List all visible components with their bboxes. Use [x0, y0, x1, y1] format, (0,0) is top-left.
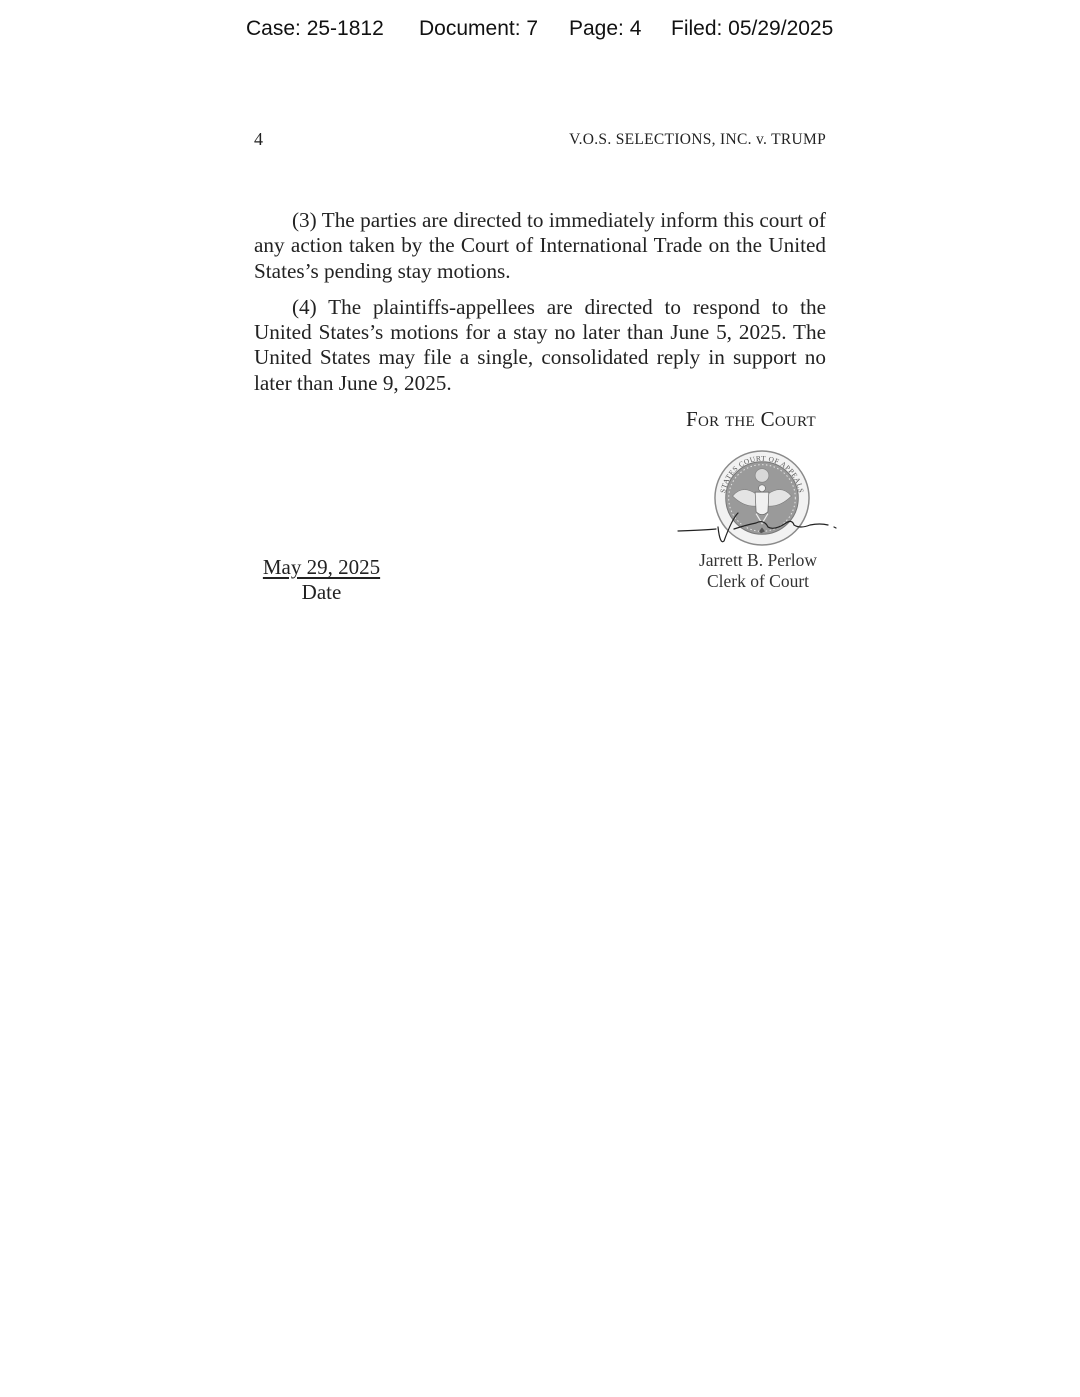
- page-number: 4: [254, 129, 263, 150]
- document-number: Document: 7: [419, 17, 538, 41]
- clerk-name: Jarrett B. Perlow: [678, 550, 838, 571]
- order-body: (3) The parties are directed to immediat…: [254, 208, 826, 407]
- clerk-block: Jarrett B. Perlow Clerk of Court: [678, 550, 838, 592]
- date-block: May 29, 2025 Date: [255, 555, 388, 605]
- case-caption: V.O.S. SELECTIONS, INC. v. TRUMP: [569, 131, 826, 149]
- paragraph-4: (4) The plaintiffs-appellees are directe…: [254, 295, 826, 396]
- date-label: Date: [255, 580, 388, 605]
- filed-date: Filed: 05/29/2025: [671, 17, 833, 41]
- for-the-court: For the Court: [686, 407, 816, 432]
- case-number: Case: 25-1812: [246, 17, 384, 41]
- paragraph-3: (3) The parties are directed to immediat…: [254, 208, 826, 284]
- clerk-title: Clerk of Court: [678, 571, 838, 592]
- signature-icon: [676, 505, 842, 547]
- order-date: May 29, 2025: [263, 555, 380, 580]
- page-number-stamp: Page: 4: [569, 17, 641, 41]
